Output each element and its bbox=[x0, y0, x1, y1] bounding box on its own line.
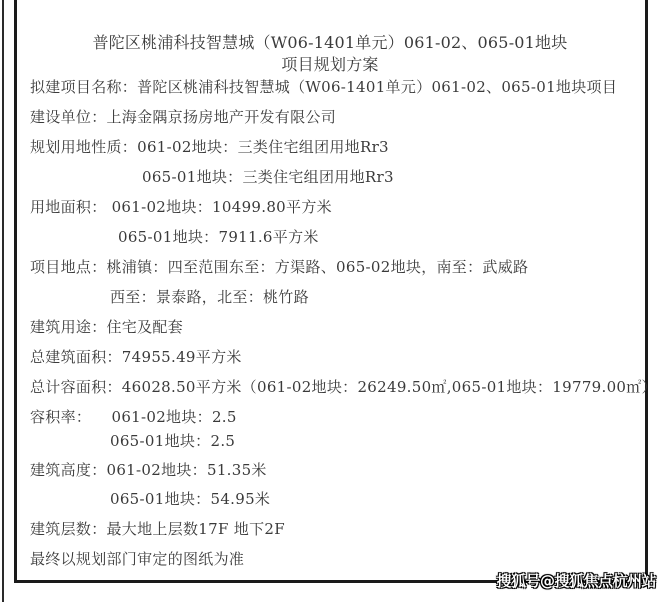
row-floors: 建筑层数：最大地上层数17F 地下2F bbox=[30, 518, 285, 539]
row-project-name: 拟建项目名称：普陀区桃浦科技智慧城（W06-1401单元）061-02、065-… bbox=[30, 76, 617, 97]
row-site-area-061-02: 用地面积： 061-02地块：10499.80平方米 bbox=[30, 196, 332, 217]
document-title-line2: 项目规划方案 bbox=[0, 52, 660, 75]
row-developer: 建设单位：上海金隅京扬房地产开发有限公司 bbox=[30, 106, 336, 127]
row-location: 项目地点：桃浦镇：四至范围东至：方渠路、065-02地块，南至：武威路 bbox=[30, 256, 528, 277]
row-height-061-02: 建筑高度：061-02地块：51.35米 bbox=[30, 459, 267, 480]
document-title-line1: 普陀区桃浦科技智慧城（W06-1401单元）061-02、065-01地块 bbox=[0, 30, 660, 53]
row-far-061-02: 容积率： 061-02地块：2.5 bbox=[30, 406, 237, 427]
row-building-use: 建筑用途：住宅及配套 bbox=[30, 316, 183, 337]
outer-border-line bbox=[2, 0, 4, 602]
row-location-cont: 西至：景泰路，北至：桃竹路 bbox=[110, 286, 309, 307]
row-far-065-01: 065-01地块：2.5 bbox=[110, 430, 235, 451]
row-height-065-01: 065-01地块：54.95米 bbox=[110, 488, 270, 509]
row-site-area-065-01: 065-01地块：7911.6平方米 bbox=[118, 226, 319, 247]
watermark: 搜狐号@搜狐焦点杭州站 bbox=[496, 570, 656, 591]
row-final-note: 最终以规划部门审定的图纸为准 bbox=[30, 548, 244, 569]
row-land-use-065-01: 065-01地块：三类住宅组团用地Rr3 bbox=[142, 166, 394, 187]
row-far-area: 总计容面积：46028.50平方米（061-02地块：26249.50㎡,065… bbox=[30, 376, 657, 397]
row-land-use-061-02: 规划用地性质：061-02地块：三类住宅组团用地Rr3 bbox=[30, 136, 389, 157]
row-total-gfa: 总建筑面积：74955.49平方米 bbox=[30, 346, 242, 367]
